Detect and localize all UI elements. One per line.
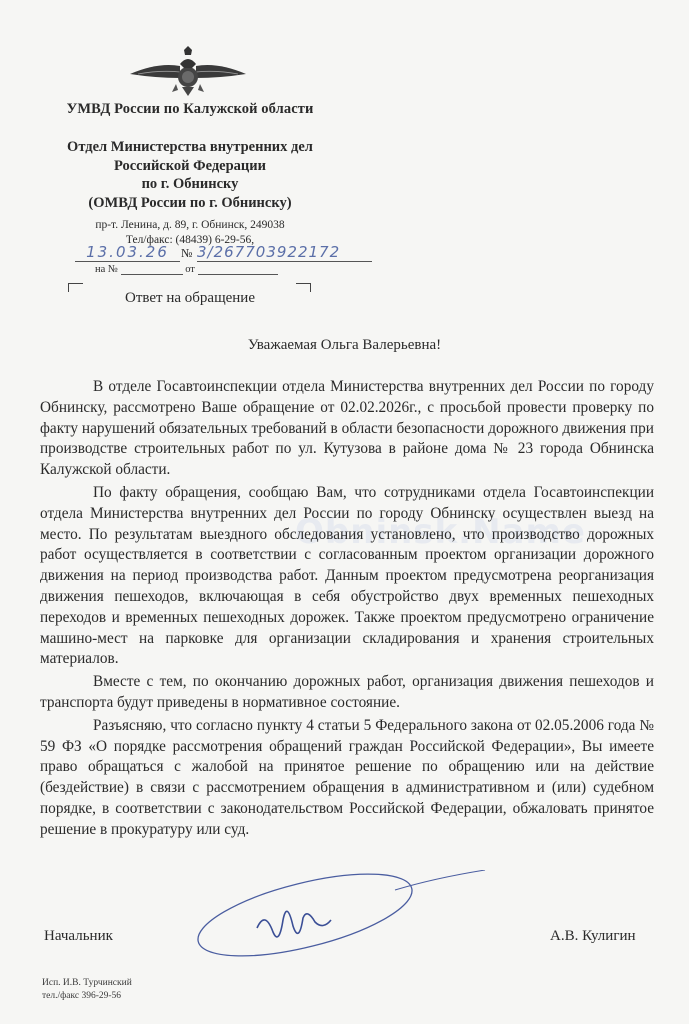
org-line: Отдел Министерства внутренних дел xyxy=(30,138,350,157)
signer-name: А.В. Кулигин xyxy=(550,928,636,945)
body-paragraph: В отделе Госавтоинспекции отдела Министе… xyxy=(40,377,654,481)
mvd-emblem-icon xyxy=(128,44,248,100)
salutation: Уважаемая Ольга Валерьевна! xyxy=(0,337,689,354)
org-address: пр-т. Ленина, д. 89, г. Обнинск, 249038 xyxy=(30,218,350,233)
org-line: Российской Федерации xyxy=(30,157,350,176)
signer-position: Начальник xyxy=(44,928,113,945)
registration-line: 13.03.26 № 3/267703922172 xyxy=(75,243,365,263)
registration-date: 13.03.26 xyxy=(75,243,180,262)
letter-body: В отделе Госавтоинспекции отдела Министе… xyxy=(40,377,654,841)
number-label: № xyxy=(181,246,192,261)
org-line: (ОМВД России по г. Обнинску) xyxy=(30,194,350,213)
ref-number-blank xyxy=(121,264,183,275)
ref-date-blank xyxy=(198,264,278,275)
body-paragraph: По факту обращения, сообщаю Вам, что сот… xyxy=(40,483,654,670)
ref-from-label: от xyxy=(185,264,195,275)
corner-mark-left xyxy=(68,283,83,292)
letter-subject: Ответ на обращение xyxy=(90,290,290,307)
ref-number-label: на № xyxy=(95,264,118,275)
executor-info: Исп. И.В. Турчинский тел./факс 396-29-56 xyxy=(42,977,132,1002)
letter-page: Obninsk.Name УМВД России по Калужской об… xyxy=(0,0,689,1024)
organization-name: Отдел Министерства внутренних дел Россий… xyxy=(30,138,350,212)
parent-organization: УМВД России по Калужской области xyxy=(30,101,350,118)
body-paragraph: Разъясняю, что согласно пункту 4 статьи … xyxy=(40,716,654,841)
reference-line: на № от xyxy=(95,264,278,275)
executor-name: Исп. И.В. Турчинский xyxy=(42,977,132,990)
handwritten-signature-icon xyxy=(195,870,495,970)
corner-mark-right xyxy=(296,283,311,292)
executor-phone: тел./факс 396-29-56 xyxy=(42,990,132,1003)
body-paragraph: Вместе с тем, по окончанию дорожных рабо… xyxy=(40,672,654,714)
org-line: по г. Обнинску xyxy=(30,175,350,194)
registration-number: 3/267703922172 xyxy=(197,243,372,262)
